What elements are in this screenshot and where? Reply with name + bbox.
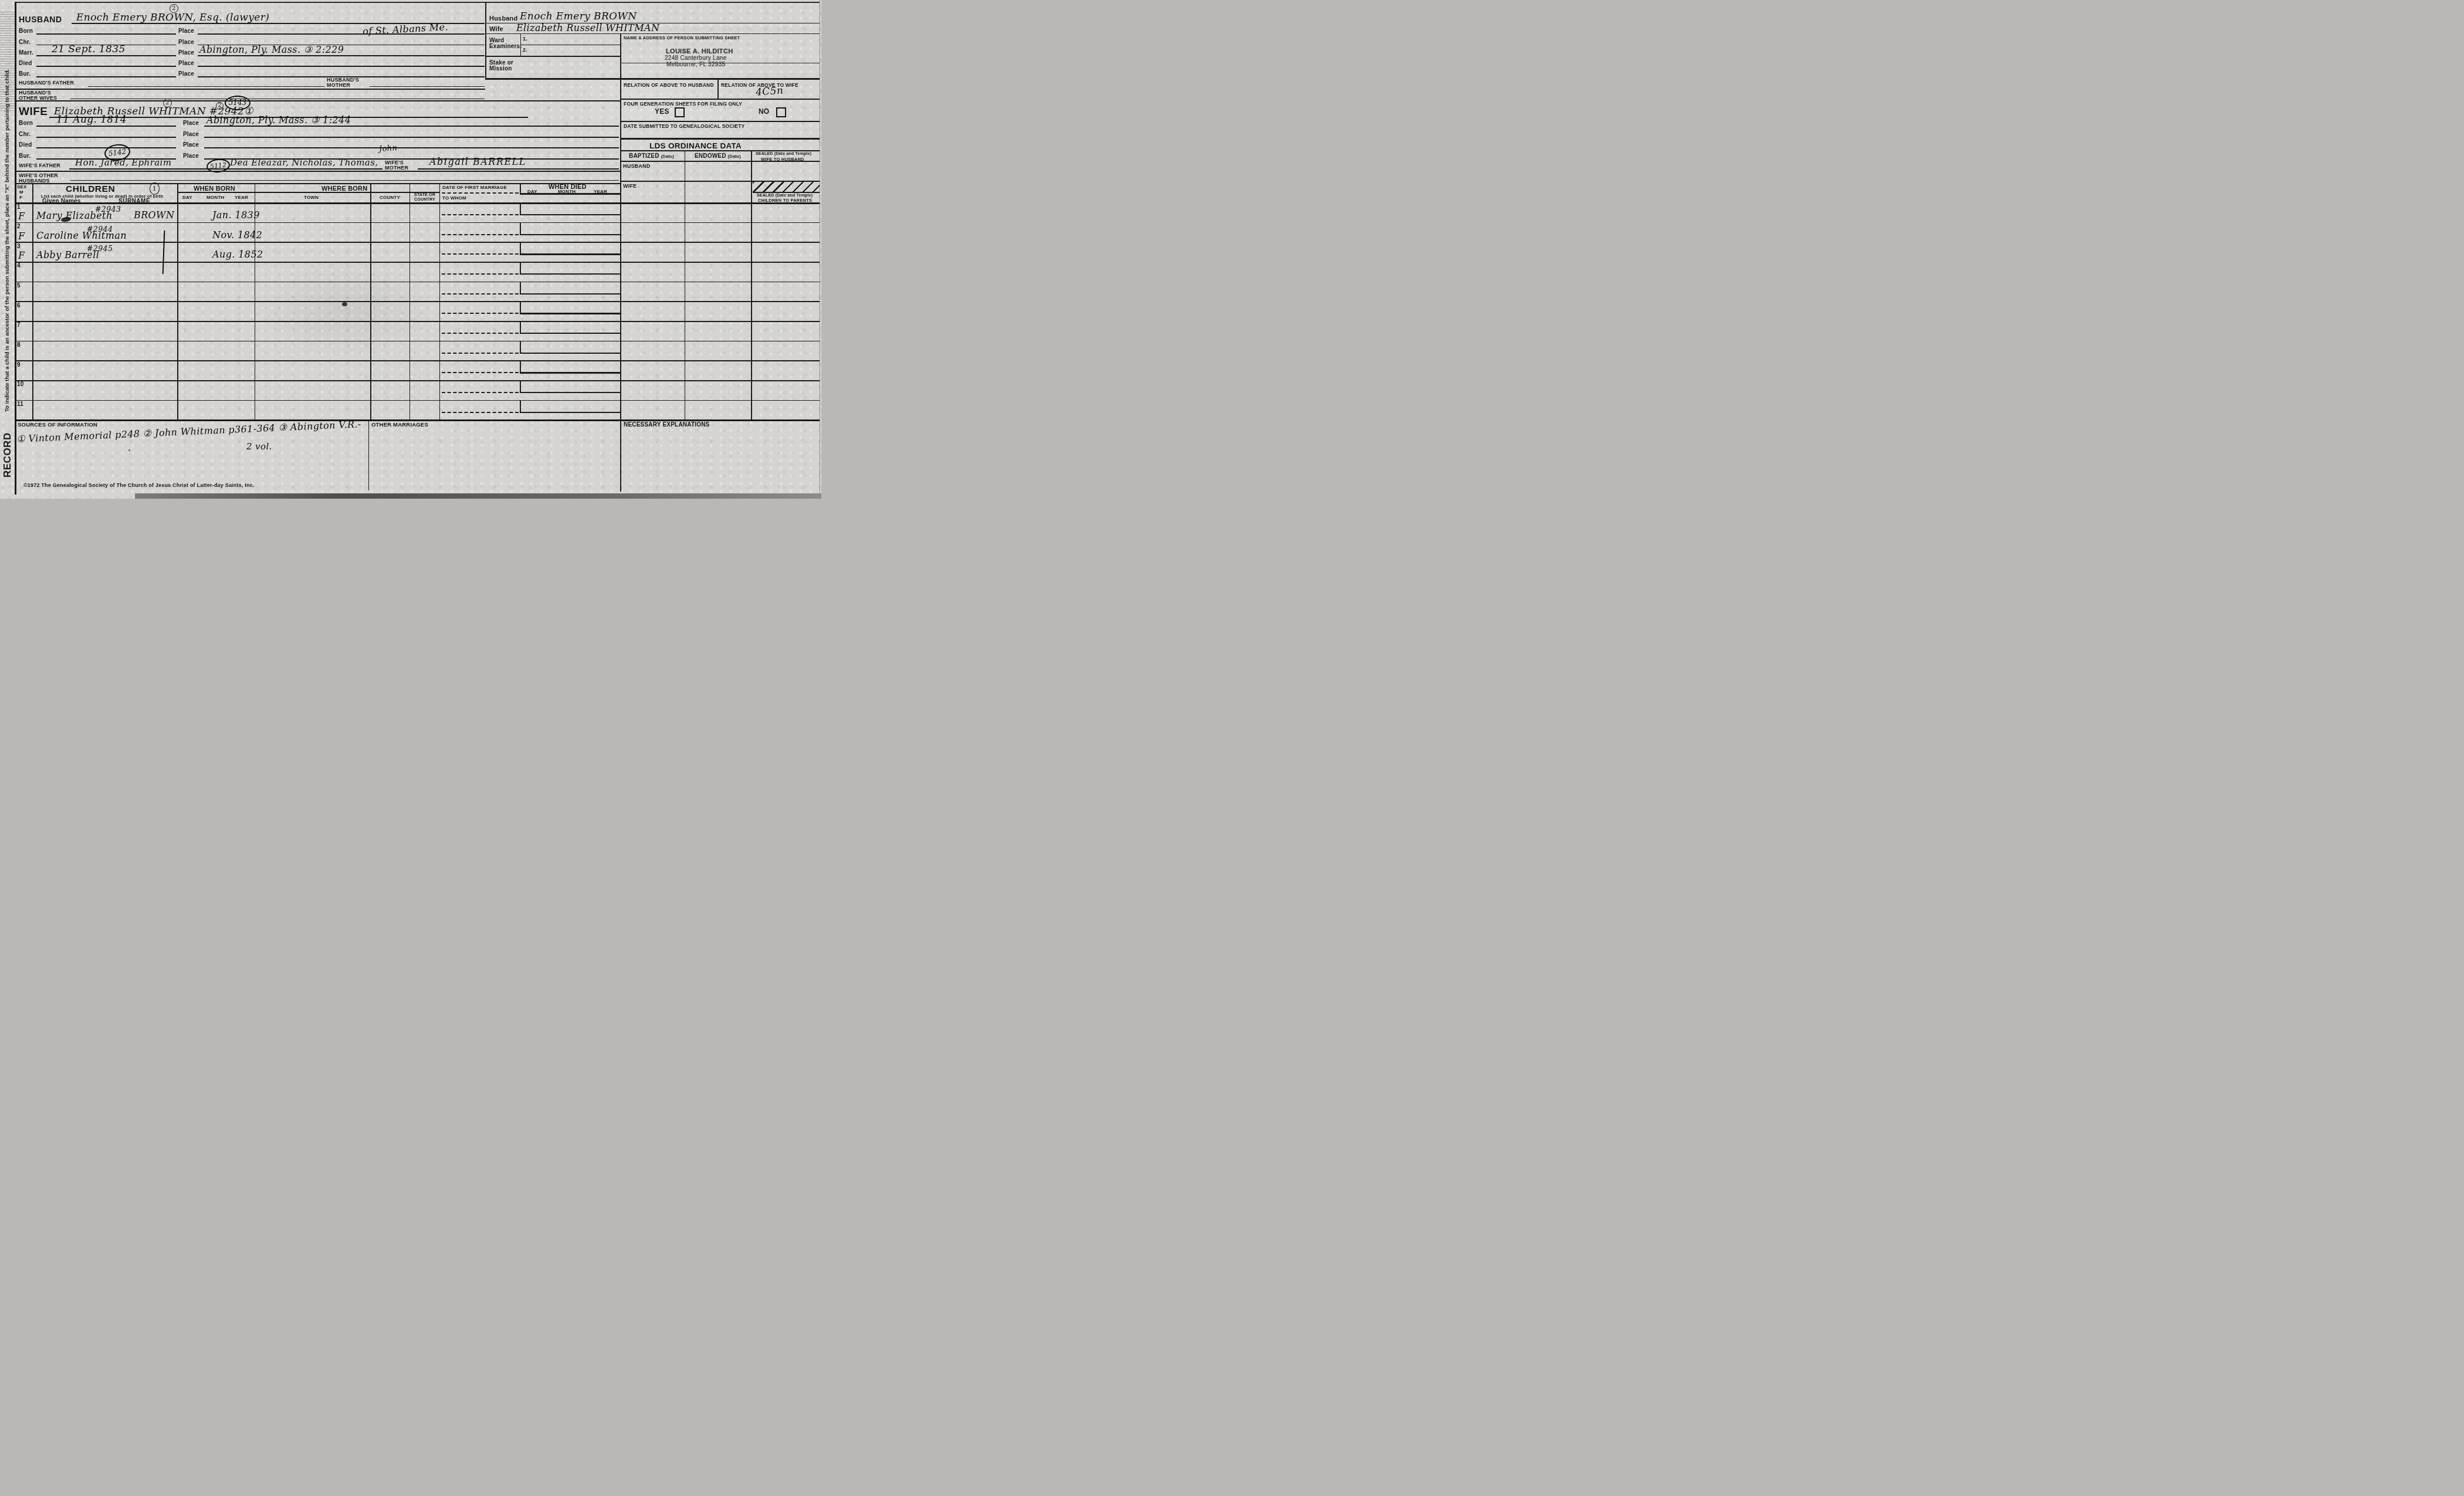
- child-row-6-number: 6: [17, 303, 21, 309]
- lds-column-divider-1: [685, 150, 686, 419]
- child-row-9-died-divider: [520, 360, 521, 372]
- sex-m: M: [19, 189, 23, 195]
- summary-husband-label: Husband: [489, 15, 517, 22]
- child-row-7-died-line: [520, 333, 620, 334]
- lds-endowed-sub: (Date): [728, 154, 741, 159]
- child-row-10-died-divider: [520, 380, 521, 392]
- child-row-7-died-divider: [520, 321, 521, 333]
- necessary-explanations-label: NECESSARY EXPLANATIONS: [624, 422, 709, 428]
- wife-father-label: WIFE'S FATHER: [19, 163, 60, 168]
- husband-chr-label: Chr.: [19, 39, 31, 46]
- child-row-3-border: [15, 262, 820, 263]
- four-gen-yes-label: YES: [655, 107, 669, 116]
- children-header: CHILDREN: [66, 184, 115, 195]
- where-born-state2: COUNTRY: [414, 198, 435, 202]
- child-row-1-number: 1: [17, 204, 21, 211]
- lds-baptized-sub: (Date): [661, 154, 674, 159]
- summary-wife-label: Wife: [489, 26, 503, 33]
- submitter-stamp-addr1: 2248 Canterbury Lane: [665, 55, 727, 62]
- child-row-4-died-divider: [520, 262, 521, 273]
- child-row-8-marriage-dash: [442, 353, 519, 354]
- ward-examiners-label2: Examiners:: [489, 43, 522, 50]
- child-row-1-died-divider: [520, 202, 521, 214]
- husband-marr-place-label: Place: [178, 50, 194, 56]
- child-row-4-number: 4: [17, 263, 21, 269]
- child-row-5-border: [15, 301, 820, 302]
- child-row-6-border: [15, 321, 820, 322]
- child-row-4-marriage-dash: [442, 273, 519, 275]
- wife-mother-label2: MOTHER: [385, 165, 408, 171]
- child-row-9-number: 9: [17, 362, 21, 368]
- child-row-3-died-divider: [520, 242, 521, 253]
- lds-sealed-hatched-cell: [753, 182, 820, 192]
- four-generation-label: FOUR GENERATION SHEETS FOR FILING ONLY: [624, 101, 742, 107]
- lds-sealed-children-header: SEALED (Date and Temple): [757, 194, 813, 198]
- ink-smudge: [61, 216, 72, 222]
- other-marriages-label: OTHER MARRIAGES: [371, 422, 428, 428]
- child-row-11-died-line: [520, 412, 620, 413]
- four-gen-no-checkbox: [776, 107, 786, 117]
- wife-died-label: Died: [19, 142, 32, 148]
- child-row-3-marriage-dash: [442, 253, 519, 255]
- sources-handwriting-2: 2 vol.: [246, 441, 272, 452]
- wife-chr-place-label: Place: [183, 131, 199, 138]
- children-header-annotation: 1: [150, 182, 160, 195]
- lds-ordinance-title: LDS ORDINANCE DATA: [649, 141, 742, 150]
- summary-panel-left-border: [485, 2, 486, 79]
- ink-smudge: [342, 302, 347, 306]
- husband-chr-place-label: Place: [178, 39, 194, 46]
- child-row-1-border: [15, 222, 820, 224]
- child-row-2-born-date: Nov. 1842: [212, 229, 262, 241]
- section-divider: [15, 171, 620, 172]
- marriage-header: DATE OF FIRST MARRIAGE: [442, 185, 507, 190]
- child-row-9-died-line: [520, 372, 620, 373]
- child-row-5-marriage-dash: [442, 293, 519, 295]
- date-submitted-label: DATE SUBMITTED TO GENEALOGICAL SOCIETY: [624, 123, 744, 129]
- scan-right-edge: [820, 0, 821, 499]
- wife-bur-label: Bur.: [19, 153, 31, 160]
- summary-husband-name: Enoch Emery BROWN: [520, 11, 637, 22]
- child-row-9-border: [15, 380, 820, 381]
- wife-died-place-label: Place: [183, 142, 199, 148]
- lds-sealed-wife-header: SEALED (Date and Temple): [756, 152, 811, 156]
- lds-column-divider-2: [751, 150, 752, 419]
- husband-name-handwriting: Enoch Emery BROWN, Esq. (lawyer): [76, 12, 269, 23]
- summary-panel-bottom-border: [485, 78, 820, 80]
- relation-to-wife-value: 4C5n: [755, 84, 783, 98]
- ward-examiner-1: 1.: [523, 36, 527, 42]
- child-row-9-marriage-dash: [442, 372, 519, 373]
- child-row-7-number: 7: [17, 322, 21, 329]
- child-row-7-border: [15, 341, 820, 342]
- wife-born-label: Born: [19, 120, 33, 127]
- marriage-header-dash: [442, 192, 519, 194]
- where-born-town: TOWN: [304, 195, 319, 200]
- child-row-1-died-line: [520, 214, 620, 215]
- child-row-3-died-line: [520, 253, 620, 255]
- submitter-header: NAME & ADDRESS OF PERSON SUBMITTING SHEE…: [624, 35, 740, 40]
- child-row-10-border: [15, 400, 820, 401]
- husband-bur-place-label: Place: [178, 71, 194, 77]
- handwritten-stroke: [163, 231, 165, 274]
- child-row-2-border: [15, 242, 820, 243]
- sources-label: SOURCES OF INFORMATION: [18, 422, 97, 428]
- lds-husband-row-label: HUSBAND: [623, 163, 650, 169]
- child-row-2-died-divider: [520, 222, 521, 234]
- four-gen-no-label: NO: [759, 107, 769, 116]
- child-row-4-border: [15, 282, 820, 283]
- sources-other-divider: [368, 419, 370, 490]
- four-gen-yes-checkbox: [675, 107, 685, 117]
- husband-died-place-label: Place: [178, 60, 194, 67]
- husband-born-place-label: Place: [178, 28, 194, 35]
- scan-top-edge: [16, 2, 820, 3]
- margin-record-label: RECORD: [2, 432, 13, 478]
- wife-father-handwriting-2: Dea Eleazar, Nicholas, Thomas,: [230, 157, 378, 168]
- husband-born-label: Born: [19, 28, 33, 35]
- copyright-notice: ©1972 The Genealogical Society of The Ch…: [23, 482, 255, 488]
- wife-mother-handwriting: Abigail BARRELL: [429, 156, 526, 167]
- wife-born-place-label: Place: [183, 120, 199, 127]
- scan-bottom-edge: [135, 493, 821, 499]
- husband-bur-label: Bur.: [19, 71, 31, 77]
- child-row-4-died-line: [520, 273, 620, 275]
- margin-instruction-note: To indicate that a child is an ancestor …: [4, 69, 11, 412]
- child-row-6-died-line: [520, 313, 620, 314]
- child-row-10-died-line: [520, 392, 620, 393]
- when-born-year: YEAR: [235, 195, 248, 200]
- child-row-2-given-name: Caroline Whitman: [36, 230, 127, 241]
- child-row-5-died-divider: [520, 282, 521, 293]
- child-row-5-died-line: [520, 293, 620, 295]
- child-row-8-died-divider: [520, 341, 521, 353]
- ink-smudge: [128, 449, 130, 451]
- lds-wife-row-label: WIFE: [623, 183, 637, 189]
- lds-baptized-header: BAPTIZED: [629, 153, 659, 160]
- wife-bur-place-label: Place: [183, 153, 199, 160]
- where-born-header: WHERE BORN: [321, 185, 367, 192]
- child-row-11-died-divider: [520, 400, 521, 412]
- child-row-10-marriage-dash: [442, 392, 519, 393]
- husband-father-label: HUSBAND'S FATHER: [19, 80, 74, 86]
- wife-father-handwriting-above: John: [379, 144, 398, 154]
- husband-marr-place-handwriting: Abington, Ply. Mass. ③ 2:229: [199, 44, 344, 55]
- husband-name-annotation: 2: [170, 4, 178, 13]
- stake-mission-label2: Mission: [489, 66, 512, 72]
- child-row-10-number: 10: [17, 381, 24, 388]
- husband-marr-label: Marr.: [19, 50, 33, 56]
- child-row-11-border: [15, 419, 820, 421]
- child-row-3-given-name: Abby Barrell: [36, 249, 99, 260]
- submitter-stamp-name: LOUISE A. HILDITCH: [666, 48, 733, 55]
- sex-header: SEX: [17, 184, 27, 189]
- husband-section-label: HUSBAND: [19, 15, 62, 24]
- relation-to-husband-header: RELATION OF ABOVE TO HUSBAND: [624, 82, 714, 88]
- child-row-2-marriage-dash: [442, 234, 519, 235]
- wife-born-place-handwriting: Abington, Ply. Mass. ③ 1:244: [207, 114, 351, 126]
- child-row-2-sex: F: [18, 231, 25, 242]
- child-row-3-sex: F: [18, 250, 25, 261]
- child-row-8-border: [15, 360, 820, 361]
- child-row-1-sex: F: [18, 211, 25, 222]
- family-group-record-sheet: To indicate that a child is an ancestor …: [0, 0, 821, 499]
- child-row-2-number: 2: [17, 224, 21, 230]
- child-row-1-given-name: Mary Elizabeth: [36, 210, 113, 221]
- when-born-header: WHEN BORN: [194, 185, 235, 192]
- wife-section-label: WIFE: [19, 106, 48, 119]
- child-row-2-died-line: [520, 234, 620, 235]
- when-born-day: DAY: [182, 195, 192, 200]
- child-row-1-marriage-dash: [442, 214, 519, 215]
- husband-mother-label2: MOTHER: [327, 82, 350, 88]
- section-divider: [15, 89, 485, 90]
- wife-chr-label: Chr.: [19, 131, 31, 138]
- husband-marr-date-handwriting: 21 Sept. 1835: [52, 43, 126, 55]
- child-row-6-marriage-dash: [442, 313, 519, 314]
- wife-father-handwriting-1: Hon. Jared, Ephraim: [75, 157, 171, 168]
- child-row-1-surname: BROWN: [134, 209, 174, 221]
- child-row-6-died-divider: [520, 301, 521, 313]
- lds-endowed-header: ENDOWED: [695, 153, 726, 160]
- wife-born-date-handwriting: 11 Aug. 1814: [56, 114, 127, 126]
- child-row-11-number: 11: [17, 401, 23, 408]
- child-row-1-born-date: Jan. 1839: [212, 209, 260, 221]
- child-row-3-number: 3: [17, 243, 21, 250]
- summary-wife-name: Elizabeth Russell WHITMAN: [516, 22, 659, 33]
- where-born-county: COUNTY: [380, 195, 400, 200]
- child-row-5-number: 5: [17, 283, 21, 289]
- child-row-8-died-line: [520, 353, 620, 354]
- sex-f: F: [19, 195, 22, 200]
- section-divider: [15, 100, 620, 102]
- when-born-month: MONTH: [207, 195, 224, 200]
- child-row-8-number: 8: [17, 342, 21, 348]
- ward-examiner-2: 2.: [523, 47, 527, 53]
- child-row-7-marriage-dash: [442, 333, 519, 334]
- children-header-bottom-border: [15, 202, 820, 204]
- where-born-state: STATE OR: [414, 193, 435, 197]
- child-row-3-born-date: Aug. 1852: [212, 249, 263, 260]
- husband-died-label: Died: [19, 60, 32, 67]
- to-whom-header: TO WHOM: [442, 195, 466, 201]
- child-row-11-marriage-dash: [442, 412, 519, 413]
